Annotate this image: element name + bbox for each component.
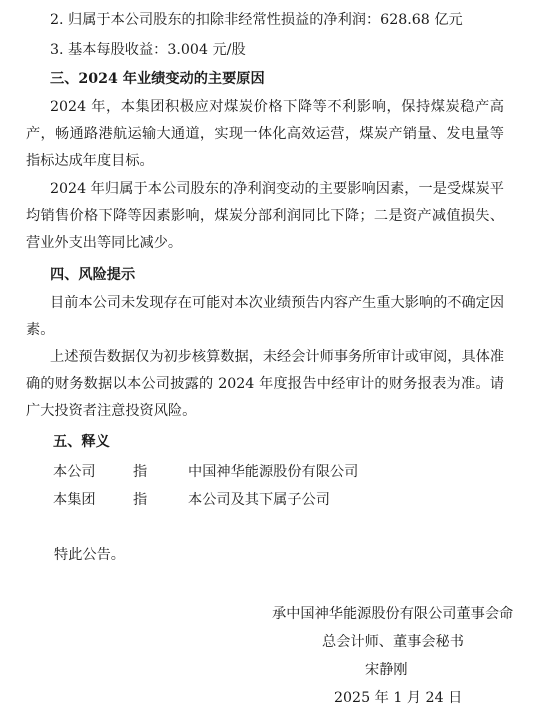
definition-term: 本集团 <box>53 490 96 510</box>
definition-refers: 指 <box>133 490 147 510</box>
item-eps: 3. 基本每股收益：3.004 元/股 <box>50 40 246 60</box>
section3-para1: 2024 年，本集团积极应对煤炭价格下降等不利影响，保持煤炭稳产高产，畅通路港航… <box>26 94 504 175</box>
section3-para2: 2024 年归属于本公司股东的净利润变动的主要影响因素，一是受煤炭平均销售价格下… <box>26 176 504 257</box>
item-net-profit-deducted: 2. 归属于本公司股东的扣除非经常性损益的净利润：628.68 亿元 <box>50 10 463 30</box>
closing-statement: 特此公告。 <box>54 545 125 565</box>
definition-meaning: 本公司及其下属子公司 <box>188 490 330 510</box>
signature-name: 宋静刚 <box>365 660 408 680</box>
definition-meaning: 中国神华能源股份有限公司 <box>188 462 358 482</box>
definition-term: 本公司 <box>53 462 96 482</box>
section4-para2: 上述预告数据仅为初步核算数据，未经会计师事务所审计或审阅，具体准确的财务数据以本… <box>26 344 504 425</box>
signature-authority: 承中国神华能源股份有限公司董事会命 <box>272 604 513 624</box>
section5-heading: 五、释义 <box>53 432 110 452</box>
section4-para1: 目前本公司未发现存在可能对本次业绩预告内容产生重大影响的不确定因素。 <box>26 290 504 344</box>
signature-title: 总会计师、董事会秘书 <box>322 632 464 652</box>
signature-date: 2025 年 1 月 24 日 <box>334 688 462 708</box>
section3-heading: 三、2024 年业绩变动的主要原因 <box>50 69 265 89</box>
definition-refers: 指 <box>133 462 147 482</box>
section4-heading: 四、风险提示 <box>50 265 135 285</box>
